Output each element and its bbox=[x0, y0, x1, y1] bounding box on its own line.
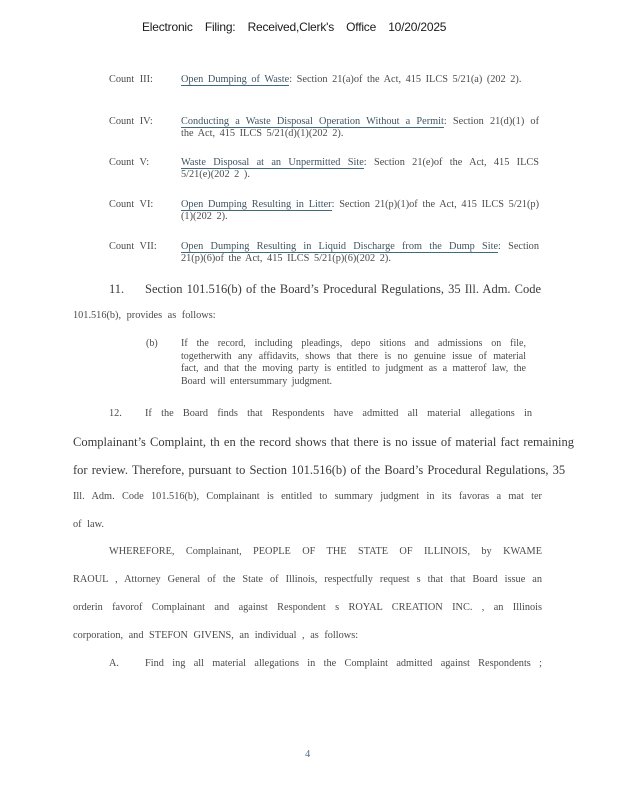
item-a-label: A. bbox=[109, 658, 119, 669]
count-iv: Count IV: Conducting a Waste Disposal Op… bbox=[109, 116, 539, 142]
count-title: Conducting a Waste Disposal Operation Wi… bbox=[181, 116, 444, 128]
wherefore-line-4: corporation, and STEFON GIVENS, an indiv… bbox=[73, 630, 358, 641]
count-vii: Count VII: Open Dumping Resulting in Liq… bbox=[109, 241, 539, 267]
count-label: Count IV: bbox=[109, 116, 153, 128]
filing-stamp: Electronic Filing: Received,Clerk's Offi… bbox=[142, 20, 446, 34]
wherefore-line-1: WHEREFORE, Complainant, PEOPLE OF THE ST… bbox=[109, 546, 542, 557]
count-vi: Count VI: Open Dumping Resulting in Litt… bbox=[109, 199, 539, 225]
count-v: Count V: Waste Disposal at an Unpermitte… bbox=[109, 157, 539, 183]
count-title: Waste Disposal at an Unpermitted Site bbox=[181, 157, 364, 169]
para-11-line-2: 101.516(b), provides as follows: bbox=[73, 310, 216, 321]
count-citation: : Section 21(a)of the Act, 415 ILCS 5/21… bbox=[289, 74, 521, 85]
count-label: Count VII: bbox=[109, 241, 157, 253]
quote-label: (b) bbox=[146, 338, 158, 351]
count-label: Count III: bbox=[109, 74, 153, 86]
wherefore-line-2: RAOUL , Attorney General of the State of… bbox=[73, 574, 542, 585]
para-12-line-5: of law. bbox=[73, 519, 104, 530]
wherefore-line-3: orderin favorof Complainant and against … bbox=[73, 602, 542, 613]
count-iii: Count III: Open Dumping of Waste: Sectio… bbox=[109, 74, 539, 100]
count-title: Open Dumping of Waste bbox=[181, 74, 289, 86]
para-12-line-1: If the Board finds that Respondents have… bbox=[145, 408, 532, 419]
page-number: 4 bbox=[305, 749, 310, 760]
item-a-text: Find ing all material allegations in the… bbox=[145, 658, 542, 669]
count-title: Open Dumping Resulting in Litter bbox=[181, 199, 332, 211]
para-11-number: 11. bbox=[109, 282, 124, 297]
count-label: Count VI: bbox=[109, 199, 153, 211]
para-12-line-2: Complainant’s Complaint, th en the recor… bbox=[73, 435, 574, 450]
count-label: Count V: bbox=[109, 157, 149, 169]
para-12-line-3: for review. Therefore, pursuant to Secti… bbox=[73, 463, 565, 478]
para-11-line-1: Section 101.516(b) of the Board’s Proced… bbox=[145, 282, 541, 297]
para-12-line-4: Ill. Adm. Code 101.516(b), Complainant i… bbox=[73, 491, 542, 502]
para-12-number: 12. bbox=[109, 408, 122, 419]
count-title: Open Dumping Resulting in Liquid Dischar… bbox=[181, 241, 498, 253]
quote-text: If the record, including pleadings, depo… bbox=[181, 338, 526, 388]
